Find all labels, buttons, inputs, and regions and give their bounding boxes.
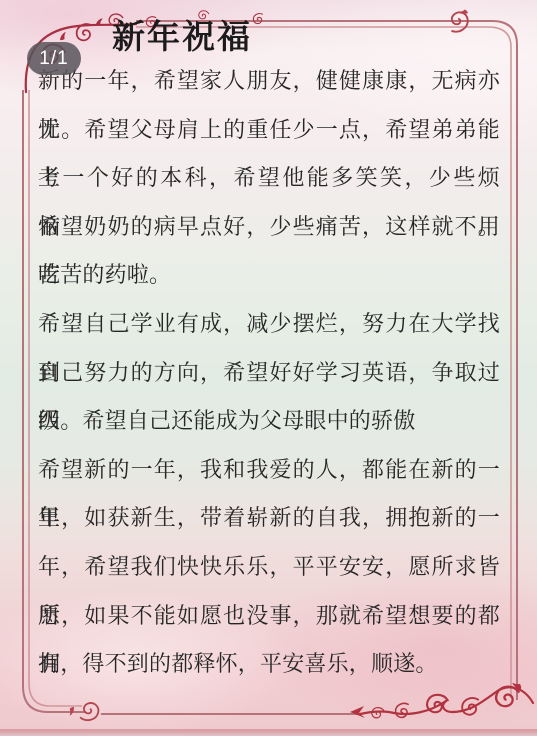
body-text-line: 自己努力的方向，希望好好学习英语，争取过四	[38, 349, 500, 398]
body-text-line: 希望自己学业有成，减少摆烂，努力在大学找到	[38, 300, 500, 349]
top-right-leaf-icon	[458, 7, 469, 16]
body-text-line: 新的一年，希望家人朋友，健健康康，无病亦无	[38, 57, 500, 106]
top-left-leaf-icon	[58, 18, 104, 41]
body-text-line: 希望新的一年，我和我爱的人，都能在新的一年	[38, 446, 500, 495]
bottom-left-leaf-icon	[66, 706, 77, 716]
body-text-line: 级。希望自己还能成为父母眼中的骄傲	[38, 397, 500, 446]
bottom-right-flourish-icon	[360, 685, 533, 719]
body-text-line: 有，得不到的都释怀，平安喜乐，顺遂。	[38, 640, 500, 689]
page-indicator-badge: 1/1	[27, 42, 81, 75]
card-title: 新年祝福	[112, 11, 252, 58]
body-text-line: 忧。希望父母肩上的重任少一点，希望弟弟能考	[38, 106, 500, 155]
body-text-line: 希望奶奶的病早点好，少些痛苦，这样就不用吃	[38, 203, 500, 252]
new-year-greeting-card: 1/1 新年祝福 新的一年，希望家人朋友，健健康康，无病亦无忧。希望父母肩上的重…	[0, 0, 537, 736]
body-text-line: 苦苦的药啦。	[38, 251, 500, 300]
body-text-line: 年，希望我们快快乐乐，平平安安，愿所求皆所	[38, 543, 500, 592]
greeting-body-text: 新的一年，希望家人朋友，健健康康，无病亦无忧。希望父母肩上的重任少一点，希望弟弟…	[38, 57, 500, 689]
bottom-edge-strip	[0, 729, 537, 736]
body-text-line: 里，如获新生，带着崭新的自我，拥抱新的一	[38, 494, 500, 543]
body-text-line: 上一个好的本科，希望他能多笑笑，少些烦恼。	[38, 154, 500, 203]
body-text-line: 愿，如果不能如愿也没事，那就希望想要的都拥	[38, 592, 500, 641]
